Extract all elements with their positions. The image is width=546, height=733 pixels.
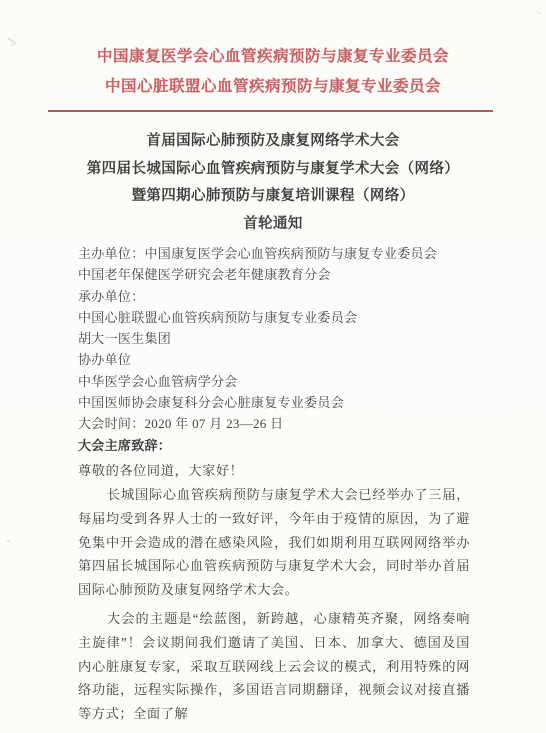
red-divider-rule — [48, 110, 493, 112]
title-line-3: 暨第四期心肺预防与康复培训课程（网络） — [0, 183, 546, 211]
scan-speck-mark — [7, 540, 10, 542]
scanned-notice-page: 中国康复医学会心血管疾病预防与康复专业委员会 中国心脏联盟心血管疾病预防与康复专… — [0, 0, 546, 733]
conference-date-line: 大会时间：2020 年 07 月 23—26 日 — [78, 413, 546, 434]
organizer-label: 承办单位： — [78, 286, 546, 307]
coorganizer-line-1: 中华医学会心血管病学分会 — [78, 371, 546, 392]
letterhead-line-2: 中国心脏联盟心血管疾病预防与康复专业委员会 — [0, 71, 546, 101]
organizer-line-2: 胡大一医生集团 — [78, 328, 546, 349]
sponsor-line-2: 中国老年保健医学研究会老年健康教育分会 — [78, 264, 546, 285]
speech-salutation: 尊敬的各位同道，大家好！ — [78, 459, 546, 483]
organizer-info-list: 主办单位：中国康复医学会心血管疾病预防与康复专业委员会 中国老年保健医学研究会老… — [78, 243, 546, 435]
letterhead: 中国康复医学会心血管疾病预防与康复专业委员会 中国心脏联盟心血管疾病预防与康复专… — [0, 0, 546, 101]
title-line-1: 首届国际心肺预防及康复网络学术大会 — [0, 128, 546, 156]
speech-paragraph-1: 长城国际心血管疾病预防与康复学术大会已经举办了三届，每届均受到各界人士的一致好评… — [78, 483, 470, 602]
coorganizer-line-2: 中国医师协会康复科分会心脏康复专业委员会 — [78, 392, 546, 413]
notice-round-label: 首轮通知 — [0, 211, 546, 239]
sponsor-line-1: 主办单位：中国康复医学会心血管疾病预防与康复专业委员会 — [78, 243, 546, 264]
speech-paragraph-2: 大会的主题是“绘蓝图，新跨越，心康精英齐聚，网络奏响主旋律”！会议期间我们邀请了… — [78, 607, 470, 726]
chairman-speech-heading: 大会主席致辞： — [78, 435, 546, 456]
title-line-2: 第四届长城国际心血管疾病预防与康复学术大会（网络） — [0, 156, 546, 184]
organizer-line-1: 中国心脏联盟心血管疾病预防与康复专业委员会 — [78, 307, 546, 328]
letterhead-line-1: 中国康复医学会心血管疾病预防与康复专业委员会 — [0, 41, 546, 71]
coorganizer-label: 协办单位 — [78, 349, 546, 370]
conference-title: 首届国际心肺预防及康复网络学术大会 第四届长城国际心血管疾病预防与康复学术大会（… — [0, 128, 546, 238]
